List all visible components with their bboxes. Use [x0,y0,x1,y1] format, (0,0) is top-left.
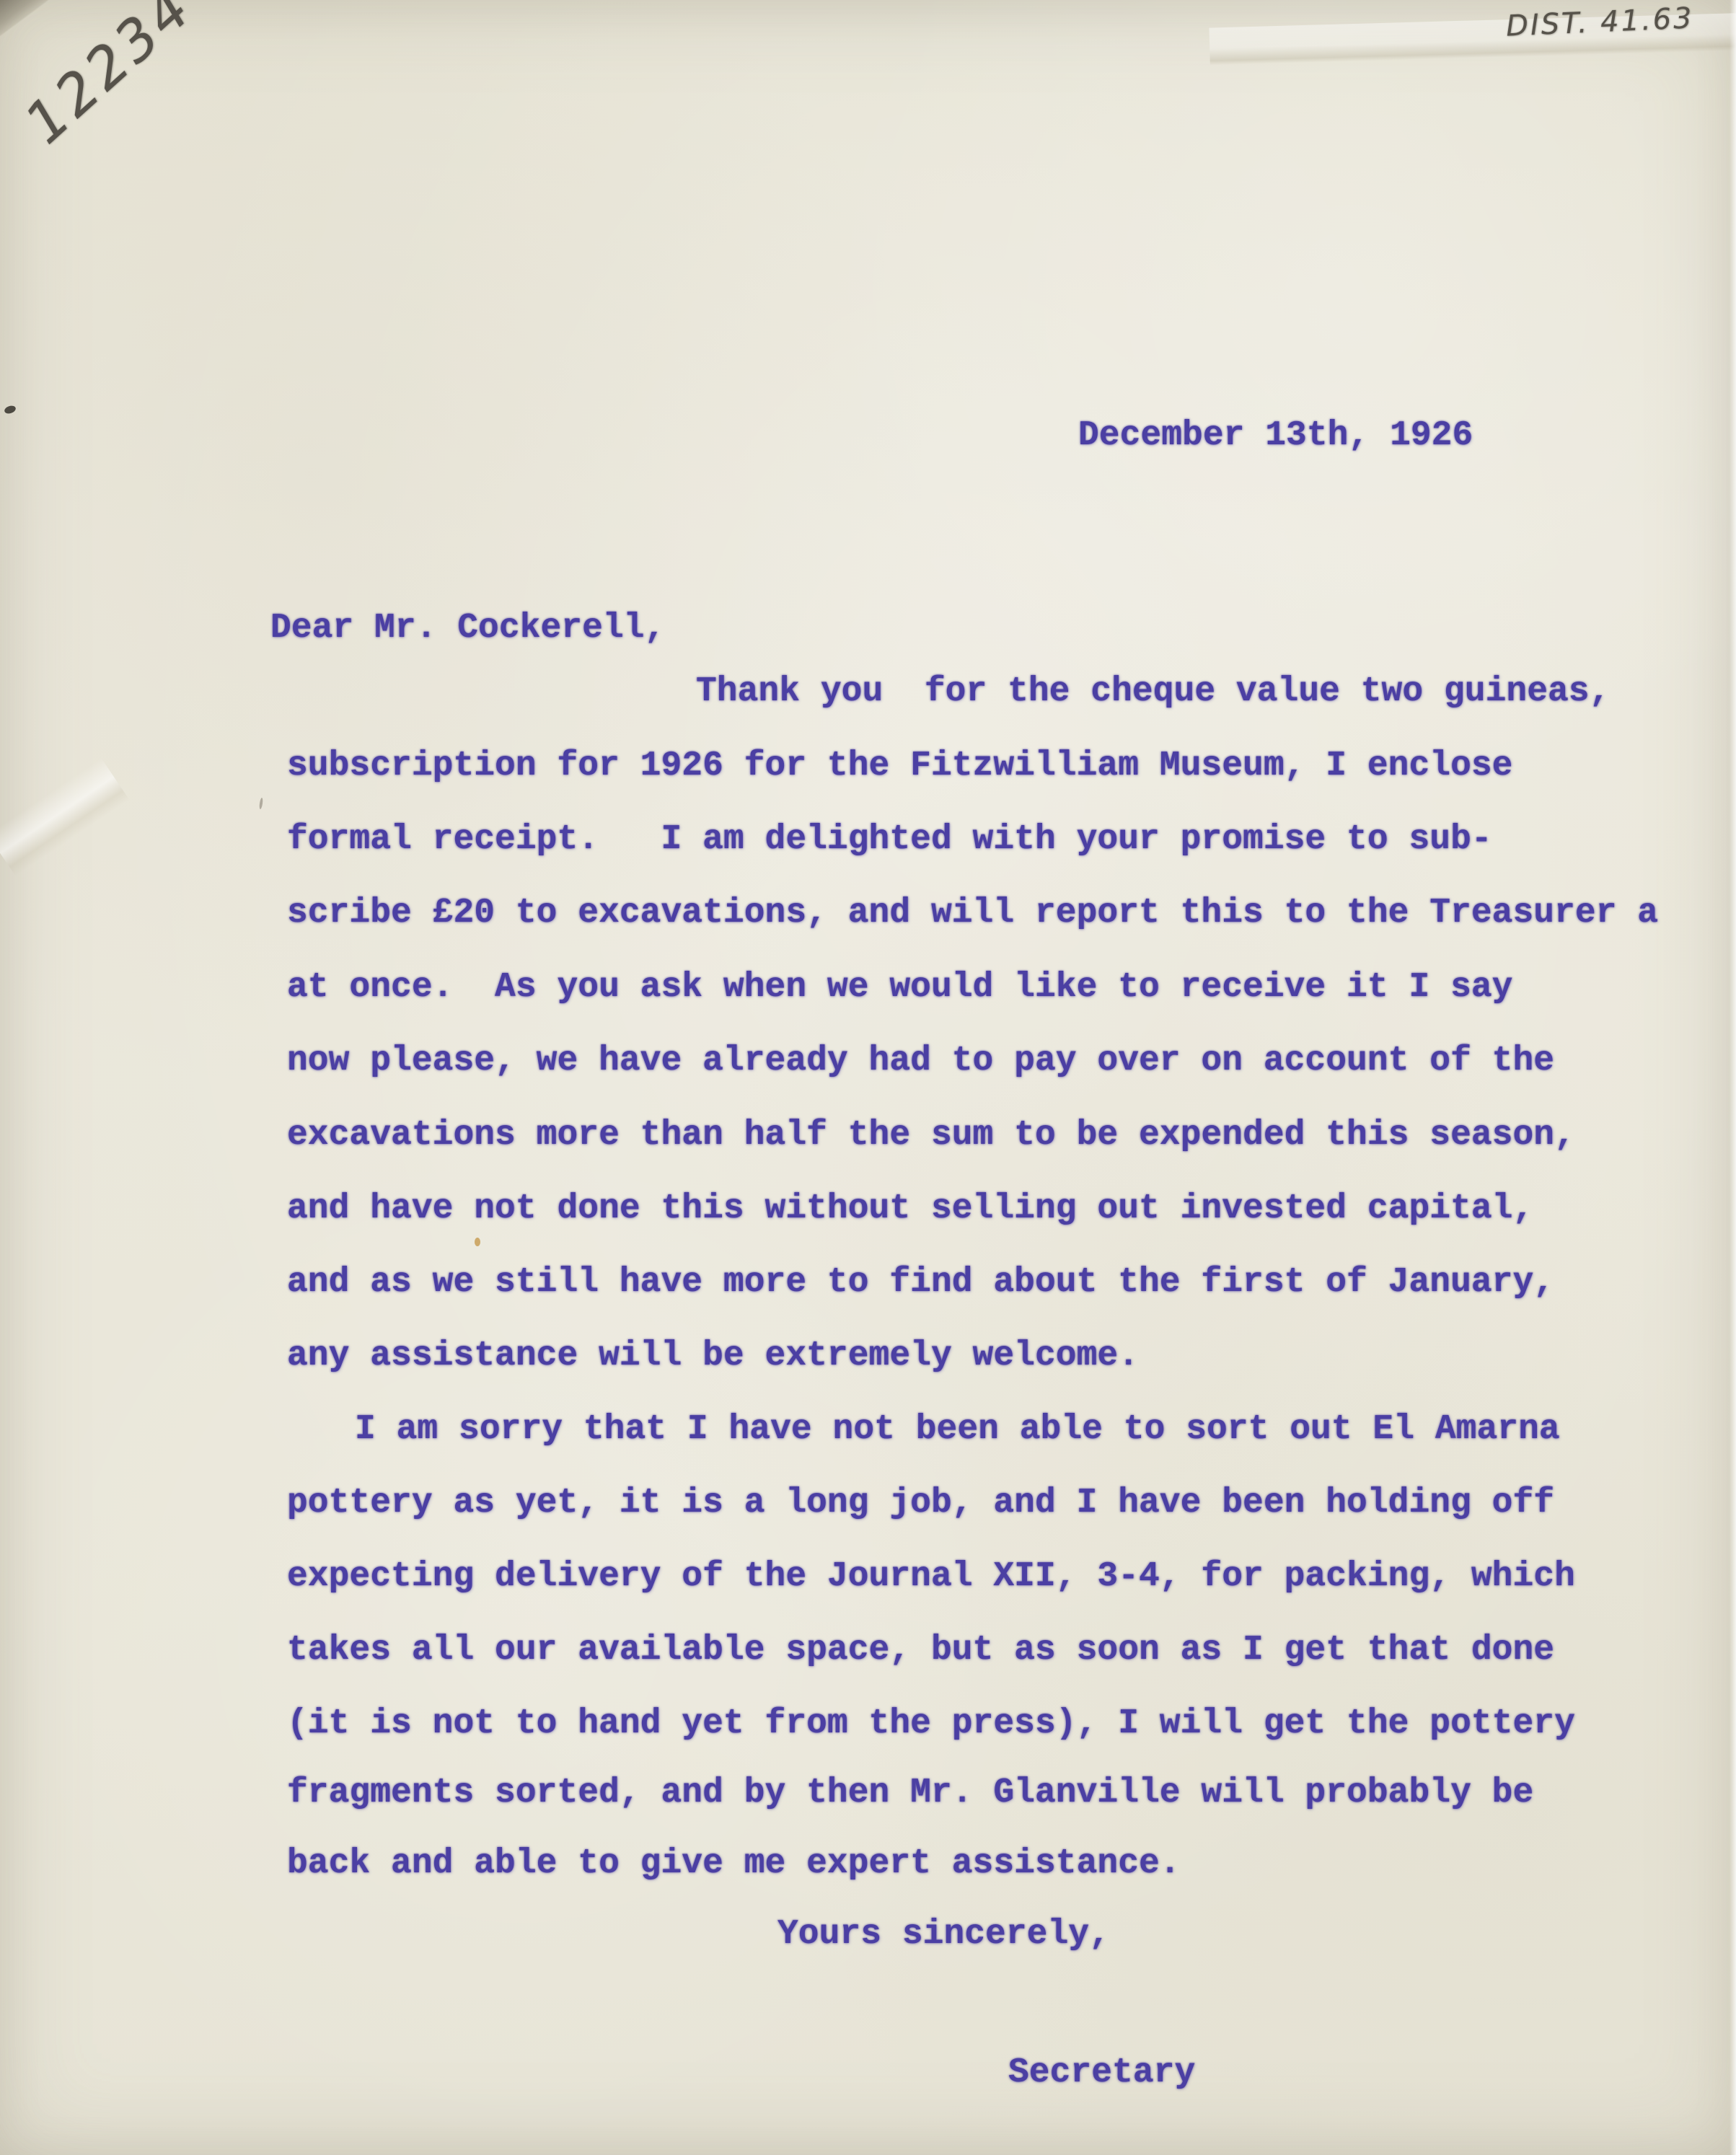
body-line: expecting delivery of the Journal XII, 3… [287,1559,1575,1594]
body-line: fragments sorted, and by then Mr. Glanvi… [287,1776,1533,1810]
letter-closing: Yours sincerely, [777,1917,1110,1952]
letter-salutation: Dear Mr. Cockerell, [270,611,665,645]
body-line: excavations more than half the sum to be… [287,1118,1575,1153]
body-line: any assistance will be extremely welcome… [287,1339,1139,1373]
body-line: scribe £20 to excavations, and will repo… [287,896,1658,930]
paper-speck [475,1238,480,1246]
body-line: takes all our available space, but as so… [287,1633,1554,1667]
body-line: Thank you for the cheque value two guine… [696,674,1610,709]
body-line: I am sorry that I have not been able to … [355,1412,1560,1447]
body-line: subscription for 1926 for the Fitzwillia… [287,749,1512,783]
body-line: (it is not to hand yet from the press), … [287,1706,1575,1741]
body-line: and have not done this without selling o… [287,1191,1533,1226]
paper-speck [4,405,17,415]
letter-paper: 12234 DIST. 41.63 December 13th, 1926 De… [0,0,1736,2155]
letter-signature: Secretary [1008,2055,1195,2090]
body-line: at once. As you ask when we would like t… [287,970,1512,1005]
body-line: formal receipt. I am delighted with your… [287,822,1492,857]
body-line: now please, we have already had to pay o… [287,1044,1554,1078]
body-line: and as we still have more to find about … [287,1265,1554,1300]
body-line: pottery as yet, it is a long job, and I … [287,1486,1554,1520]
folded-corner [0,0,62,46]
paper-speck [259,798,263,809]
scan-edge [1730,0,1736,2155]
body-line: back and able to give me expert assistan… [287,1846,1181,1881]
left-edge-crease [0,758,129,876]
letter-date: December 13th, 1926 [1078,418,1473,453]
